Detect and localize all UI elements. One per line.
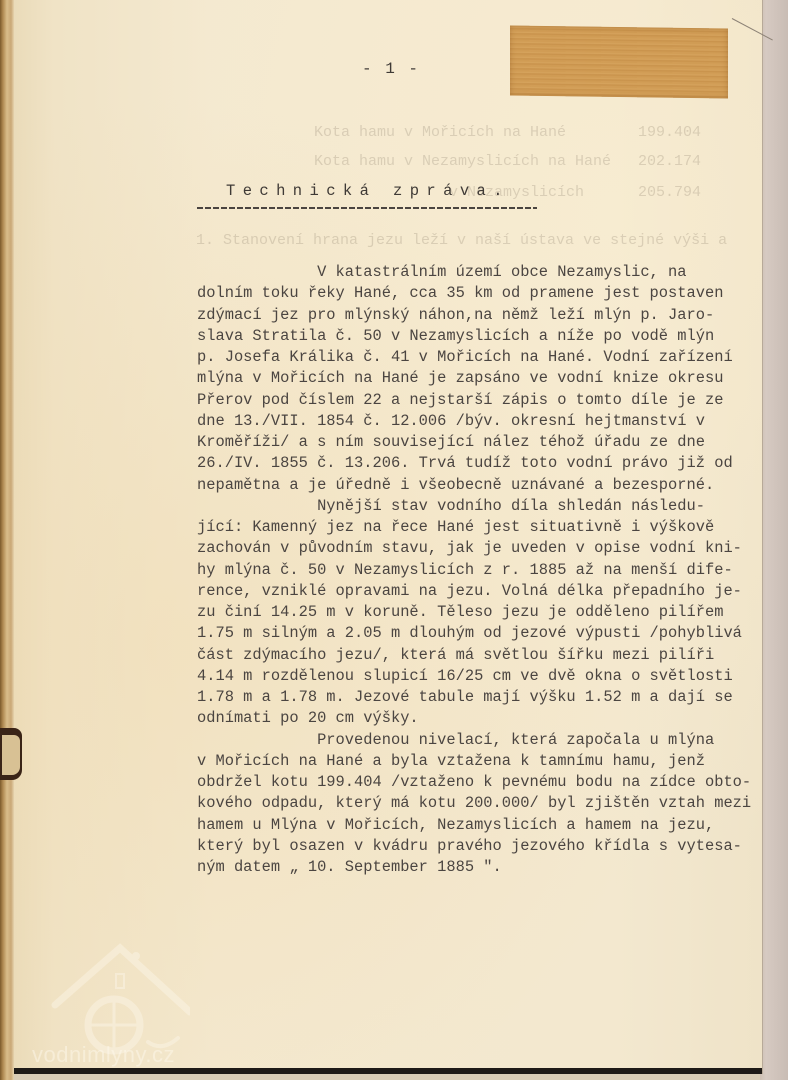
adhesive-tape [510,25,728,98]
text-line: dolním toku řeky Hané, cca 35 km od pram… [197,283,767,304]
text-line: 26./IV. 1855 č. 13.206. Trvá tudíž toto … [197,453,767,474]
watermark-text: vodnimlyny.cz [32,1042,175,1068]
binding-strip [0,0,14,1080]
text-line: nepamětna a je úředně i všeobecně uznáva… [197,475,767,496]
text-line: 1.75 m silným a 2.05 m dlouhým od jezové… [197,623,767,644]
document-title: Technická zpráva. [226,182,510,200]
paragraph-first-line: Nynější stav vodního díla shledán násled… [197,496,767,517]
text-line: který byl osazen v kvádru pravého jezové… [197,836,767,857]
paragraph-first-line: V katastrálním území obce Nezamyslic, na [197,262,767,283]
page-number: - 1 - [362,60,420,78]
paragraph-first-line: Provedenou nivelací, která započala u ml… [197,730,767,751]
text-line: zdýmací jez pro mlýnský náhon,na němž le… [197,305,767,326]
show-through-line: Kota hamu v Nezamyslicích na Hané 202.17… [314,153,701,170]
text-line: slava Stratila č. 50 v Nezamyslicích a n… [197,326,767,347]
text-line: ným datem „ 10. September 1885 ". [197,857,767,878]
scanned-document: Kota hamu v Mořicích na Hané 199.404 Kot… [0,0,788,1080]
text-line: jící: Kamenný jez na řece Hané jest situ… [197,517,767,538]
text-line: 1.78 m a 1.78 m. Jezové tabule mají výšk… [197,687,767,708]
text-line: zachován v původním stavu, jak je uveden… [197,538,767,559]
text-line: hy mlýna č. 50 v Nezamyslicích z r. 1885… [197,560,767,581]
show-through-line: Kota hamu v Mořicích na Hané 199.404 [314,124,701,141]
text-line: část zdýmacího jezu/, která má světlou š… [197,645,767,666]
text-line: rence, vzniklé opravami na jezu. Volná d… [197,581,767,602]
text-line: mlýna v Mořicích na Hané je zapsáno ve v… [197,368,767,389]
text-line: kového odpadu, který má kotu 200.000/ by… [197,793,767,814]
document-body: V katastrálním území obce Nezamyslic, na… [197,262,767,878]
text-line: Přerov pod číslem 22 a nejstarší zápis o… [197,390,767,411]
text-line: 4.14 m rozdělenou slupicí 16/25 cm ve dv… [197,666,767,687]
title-underline [197,207,537,209]
text-line: v Mořicích na Hané a byla vztažena k tam… [197,751,767,772]
show-through-line: 1. Stanovení hrana jezu leží v naší ústa… [196,232,727,249]
text-line: zu činí 14.25 m v koruně. Těleso jezu je… [197,602,767,623]
binding-tear-inner [2,735,20,775]
text-line: dne 13./VII. 1854 č. 12.006 /býv. okresn… [197,411,767,432]
text-line: hamem u Mlýna v Mořicích, Nezamyslicích … [197,815,767,836]
text-line: obdržel kotu 199.404 /vztaženo k pevnému… [197,772,767,793]
text-line: odnímati po 20 cm výšky. [197,708,767,729]
text-line: p. Josefa Králika č. 41 v Mořicích na Ha… [197,347,767,368]
text-line: Kroměříži/ a s ním související nález téh… [197,432,767,453]
